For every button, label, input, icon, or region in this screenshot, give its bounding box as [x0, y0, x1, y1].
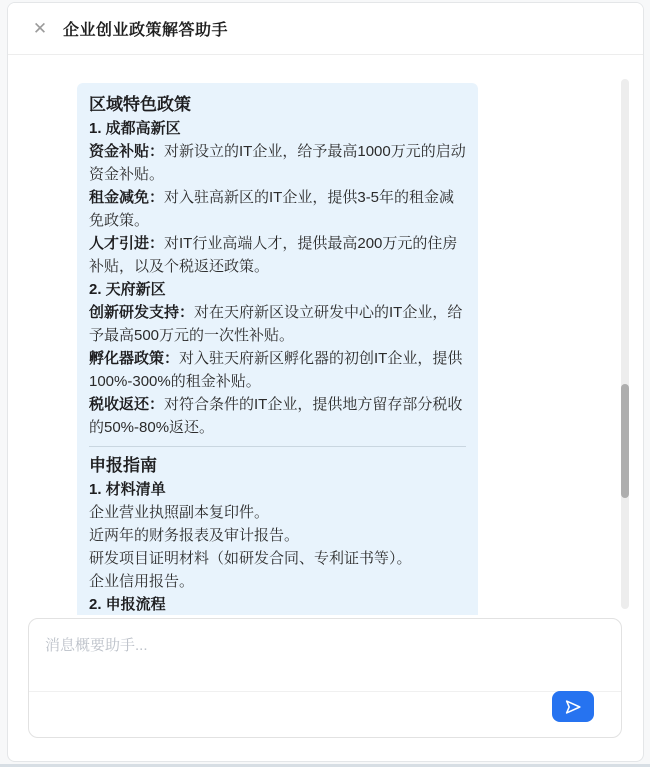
- send-button[interactable]: [552, 691, 594, 722]
- close-icon[interactable]: ✕: [28, 17, 52, 41]
- message-composer: [28, 618, 622, 738]
- scrollbar-thumb[interactable]: [621, 384, 629, 498]
- message-line: 企业信用报告。: [89, 570, 466, 593]
- send-icon: [562, 697, 584, 717]
- message-subheading: 2. 申报流程: [89, 593, 466, 615]
- message-paragraph: 创新研发支持：对在天府新区设立研发中心的IT企业，给予最高500万元的一次性补贴…: [89, 301, 466, 347]
- composer-divider: [29, 691, 621, 692]
- message-line: 研发项目证明材料（如研发合同、专利证书等）。: [89, 547, 466, 570]
- scrollbar-track[interactable]: [621, 79, 629, 609]
- chat-message-area: 区域特色政策 1. 成都高新区 资金补贴：对新设立的IT企业，给予最高1000万…: [8, 56, 643, 615]
- dialog-title: 企业创业政策解答助手: [63, 17, 228, 40]
- message-input[interactable]: [29, 619, 621, 689]
- message-paragraph: 人才引进：对IT行业高端人才，提供最高200万元的住房补贴，以及个税返还政策。: [89, 232, 466, 278]
- message-line: 企业营业执照副本复印件。: [89, 501, 466, 524]
- message-paragraph: 资金补贴：对新设立的IT企业，给予最高1000万元的启动资金补贴。: [89, 140, 466, 186]
- message-subheading: 1. 成都高新区: [89, 117, 466, 140]
- message-paragraph: 孵化器政策：对入驻天府新区孵化器的初创IT企业，提供100%-300%的租金补贴…: [89, 347, 466, 393]
- message-subheading: 2. 天府新区: [89, 278, 466, 301]
- assistant-dialog-panel: ✕ 企业创业政策解答助手 区域特色政策 1. 成都高新区 资金补贴：对新设立的I…: [7, 2, 644, 762]
- assistant-message-bubble: 区域特色政策 1. 成都高新区 资金补贴：对新设立的IT企业，给予最高1000万…: [77, 83, 478, 615]
- message-line: 近两年的财务报表及审计报告。: [89, 524, 466, 547]
- section-divider: [89, 446, 466, 447]
- message-heading: 区域特色政策: [89, 92, 466, 117]
- message-paragraph: 税收返还：对符合条件的IT企业，提供地方留存部分税收的50%-80%返还。: [89, 393, 466, 439]
- screen: ✕ 企业创业政策解答助手 区域特色政策 1. 成都高新区 资金补贴：对新设立的I…: [0, 0, 650, 767]
- message-paragraph: 租金减免：对入驻高新区的IT企业，提供3-5年的租金减免政策。: [89, 186, 466, 232]
- dialog-header: ✕ 企业创业政策解答助手: [8, 3, 643, 55]
- message-heading: 申报指南: [89, 453, 466, 478]
- message-subheading: 1. 材料清单: [89, 478, 466, 501]
